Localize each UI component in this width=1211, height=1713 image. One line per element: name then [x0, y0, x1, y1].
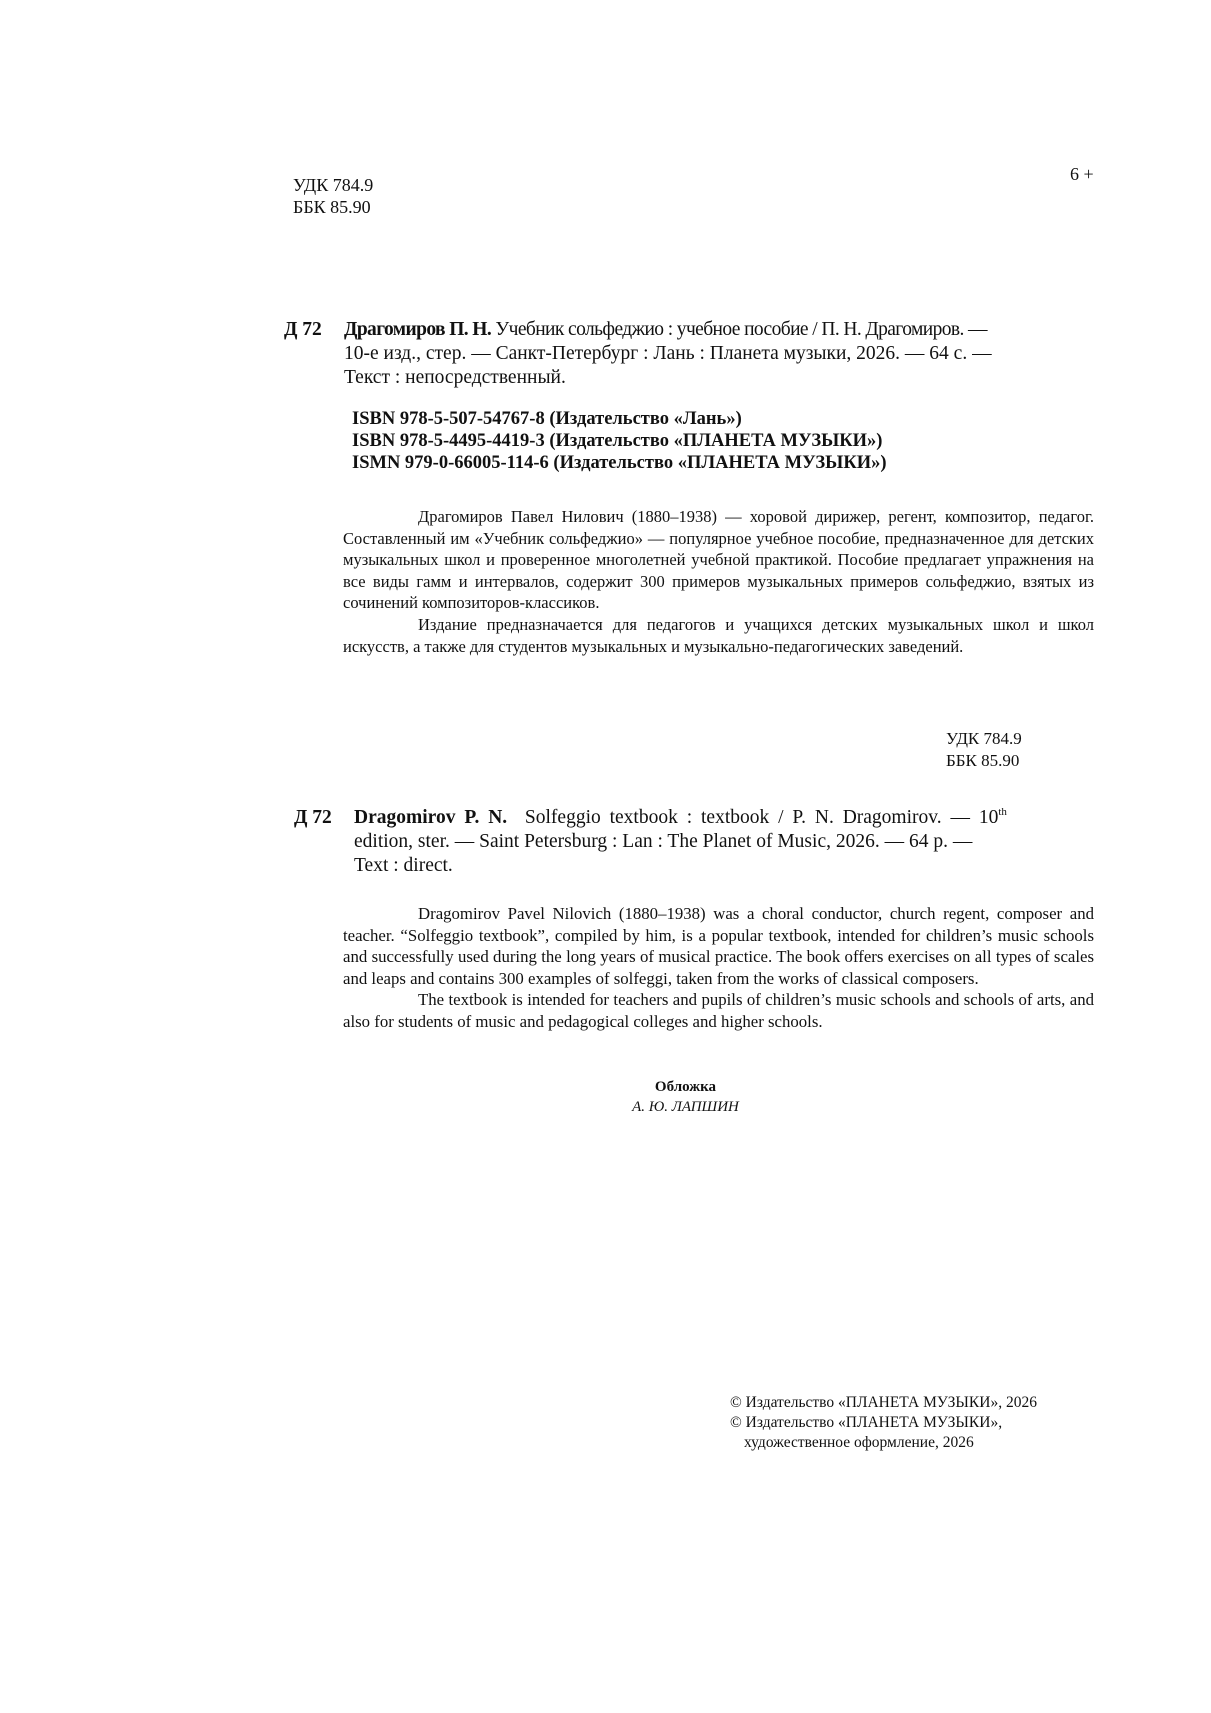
cover-label: Обложка — [160, 1077, 1211, 1097]
copyright-line: © Издательство «ПЛАНЕТА МУЗЫКИ», 2026 — [730, 1393, 1037, 1413]
entry-line: Текст : непосредственный. — [344, 366, 1094, 390]
isbn-list: ISBN 978-5-507-54767-8 (Издательство «Ла… — [352, 408, 887, 474]
annotation-paragraph: Издание предназначается для педагогов и … — [343, 614, 1094, 657]
bbk-code: ББК 85.90 — [946, 750, 1022, 772]
entry-title: Учебник сольфеджио : учебное пособие / П… — [491, 319, 987, 340]
top-classification: УДК 784.9 ББК 85.90 — [293, 174, 373, 218]
entry-body: Драгомиров П. Н. Учебник сольфеджио : уч… — [344, 318, 1094, 390]
entry-line: Text : direct. — [354, 854, 1094, 878]
entry-line: Драгомиров П. Н. Учебник сольфеджио : уч… — [344, 318, 1094, 342]
annotation-en: Dragomirov Pavel Nilovich (1880–1938) wa… — [343, 903, 1094, 1033]
annotation-paragraph: Драгомиров Павел Нилович (1880–1938) — х… — [343, 506, 1094, 614]
bottom-classification: УДК 784.9 ББК 85.90 — [946, 728, 1022, 772]
edition-suffix: th — [998, 806, 1007, 818]
annotation-paragraph: Dragomirov Pavel Nilovich (1880–1938) wa… — [343, 903, 1094, 989]
copyright-line: © Издательство «ПЛАНЕТА МУЗЫКИ», — [730, 1413, 1037, 1433]
entry-line: 10-е изд., стер. — Санкт-Петербург : Лан… — [344, 342, 1094, 366]
entry-line: edition, ster. — Saint Petersburg : Lan … — [354, 830, 1094, 854]
entry-line: Dragomirov P. N. Solfeggio textbook : te… — [354, 806, 1094, 830]
entry-body: Dragomirov P. N. Solfeggio textbook : te… — [354, 806, 1094, 878]
isbn-lan: ISBN 978-5-507-54767-8 (Издательство «Ла… — [352, 408, 887, 430]
bbk-code: ББК 85.90 — [293, 196, 373, 218]
entry-title: Solfeggio textbook : textbook / P. N. Dr… — [507, 807, 998, 828]
entry-author: Драгомиров П. Н. — [344, 319, 491, 340]
udk-code: УДК 784.9 — [946, 728, 1022, 750]
copyright-line: художественное оформление, 2026 — [730, 1433, 1037, 1453]
age-rating: 6 + — [1070, 164, 1094, 185]
isbn-planeta: ISBN 978-5-4495-4419-3 (Издательство «ПЛ… — [352, 430, 887, 452]
ismn-planeta: ISMN 979-0-66005-114-6 (Издательство «ПЛ… — [352, 452, 887, 474]
cover-credit: Обложка А. Ю. ЛАПШИН — [0, 1077, 1211, 1117]
annotation-ru: Драгомиров Павел Нилович (1880–1938) — х… — [343, 506, 1094, 657]
copyright-block: © Издательство «ПЛАНЕТА МУЗЫКИ», 2026 © … — [730, 1393, 1037, 1453]
udk-code: УДК 784.9 — [293, 174, 373, 196]
author-mark: Д 72 — [294, 806, 332, 830]
annotation-paragraph: The textbook is intended for teachers an… — [343, 989, 1094, 1032]
author-mark: Д 72 — [284, 318, 322, 342]
cover-artist: А. Ю. ЛАПШИН — [160, 1097, 1211, 1117]
entry-author: Dragomirov P. N. — [354, 807, 507, 828]
